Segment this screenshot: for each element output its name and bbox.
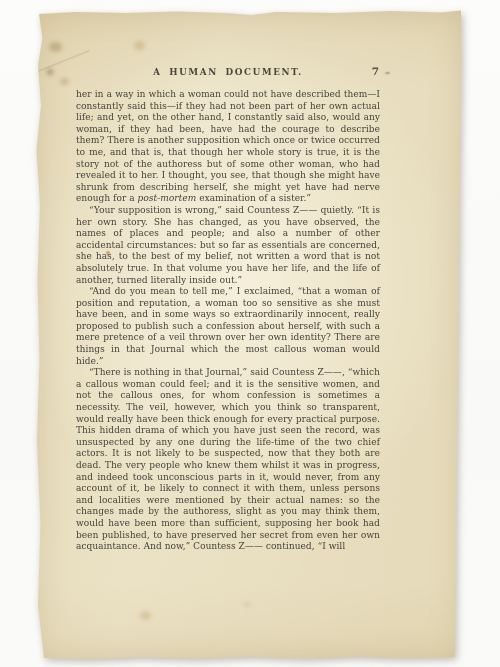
foxing-stain — [134, 41, 145, 50]
foxing-stain — [140, 611, 151, 620]
italic-text: post-mortem — [138, 194, 197, 204]
foxing-stain — [49, 42, 62, 52]
text-segment: examination of a sister.” — [196, 194, 311, 204]
running-header: A HUMAN DOCUMENT. 7 — [76, 68, 380, 80]
paragraph: “And do you mean to tell me,” I exclaime… — [76, 287, 380, 368]
running-header-title: A HUMAN DOCUMENT. — [76, 68, 380, 78]
page-number: 7 — [372, 66, 379, 78]
text-segment: her in a way in which a woman could not … — [76, 90, 380, 204]
text-segment: “And do you mean to tell me,” I exclaime… — [76, 287, 380, 367]
printed-text-block: A HUMAN DOCUMENT. 7 her in a way in whic… — [76, 68, 380, 554]
scan-background: A HUMAN DOCUMENT. 7 her in a way in whic… — [0, 0, 500, 667]
foxing-stain — [244, 602, 250, 607]
body-text: her in a way in which a woman could not … — [76, 90, 380, 554]
text-segment: “There is nothing in that Journal,” said… — [76, 368, 380, 552]
book-page: A HUMAN DOCUMENT. 7 her in a way in whic… — [36, 10, 462, 660]
text-segment: “Your supposition is wrong,” said Counte… — [76, 206, 380, 286]
foxing-stain — [60, 78, 69, 85]
paragraph: “Your supposition is wrong,” said Counte… — [76, 206, 380, 287]
book-page-wrapper: A HUMAN DOCUMENT. 7 her in a way in whic… — [36, 10, 462, 660]
ink-speck — [385, 72, 390, 74]
paragraph: her in a way in which a woman could not … — [76, 90, 380, 206]
foxing-stain — [47, 69, 53, 75]
paragraph: “There is nothing in that Journal,” said… — [76, 368, 380, 554]
